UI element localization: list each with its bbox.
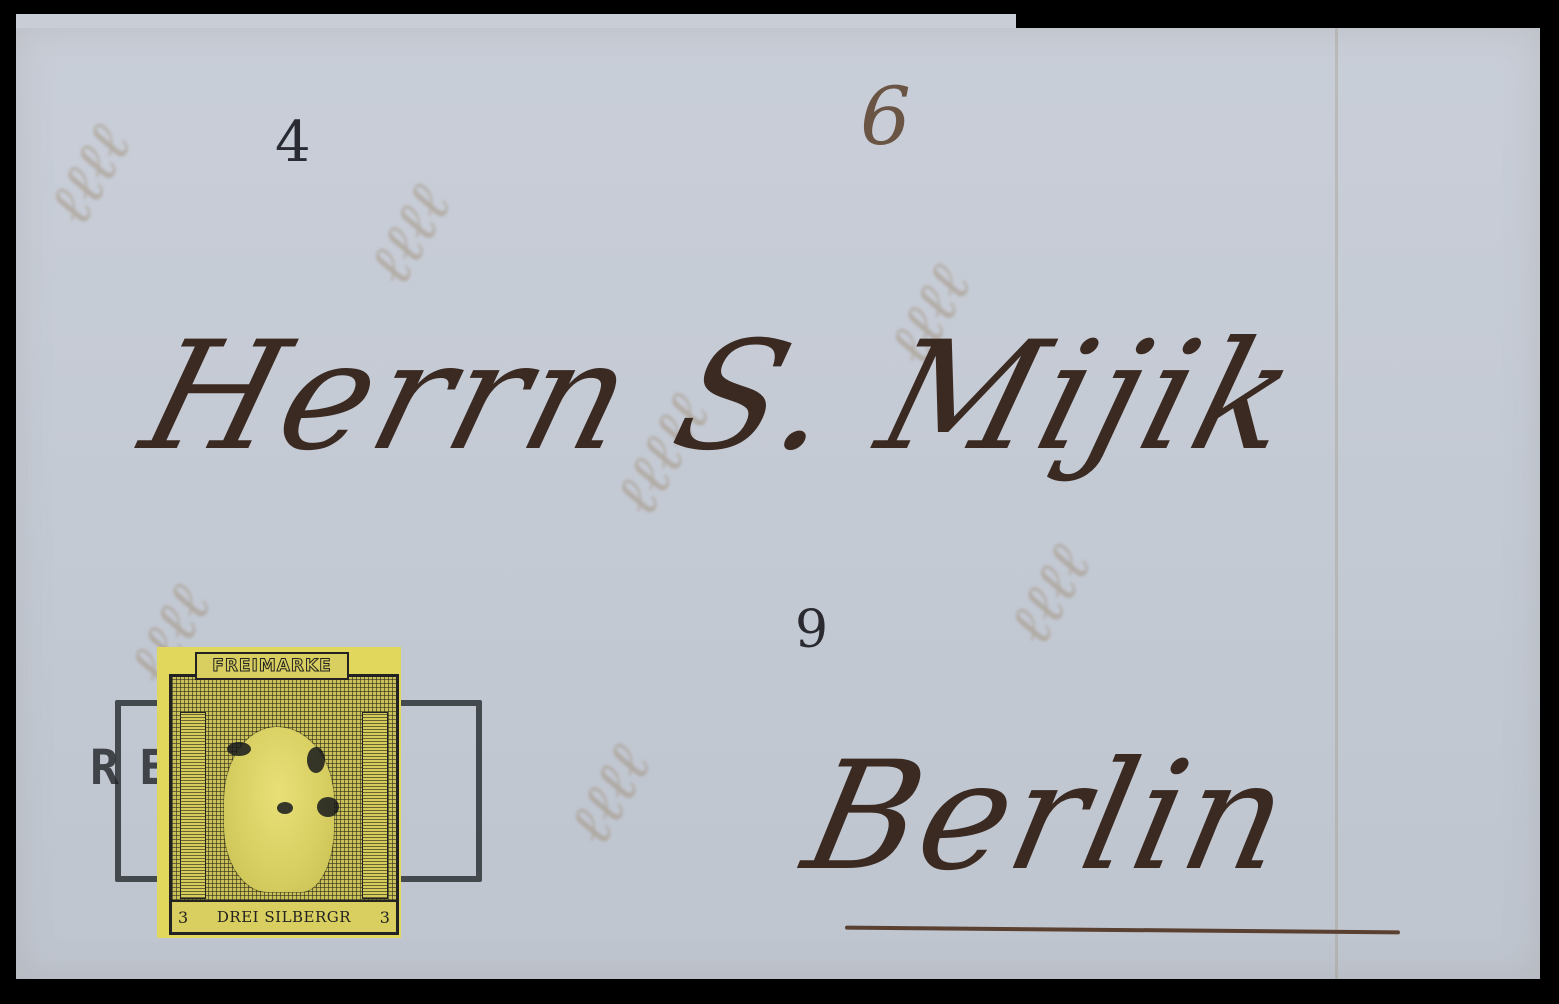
- address-recipient-line: Herrn S. Mijik: [127, 310, 1317, 484]
- address-recipient: S. Mijik: [658, 310, 1316, 484]
- postmark-smudge: [307, 747, 325, 773]
- stamp-inscription: FREIMARKE: [195, 652, 349, 680]
- fold-line: [1335, 28, 1338, 979]
- faded-note-number: 6: [860, 70, 911, 163]
- stamp-side-ornament: [362, 712, 388, 899]
- stamp-value-bar: 3 DREI SILBERGR 3: [172, 900, 396, 932]
- postmark-smudge: [277, 802, 293, 814]
- pencil-note-number: 4: [275, 110, 311, 175]
- postmark-smudge: [227, 742, 251, 756]
- stamp-value-text: DREI SILBERGR: [217, 908, 351, 926]
- small-note-number: 9: [795, 600, 828, 660]
- address-city: Berlin: [792, 730, 1304, 904]
- postmark-smudge: [317, 797, 339, 817]
- stamp-value-left: 3: [178, 908, 188, 927]
- stamp-side-ornament: [180, 712, 206, 899]
- stamp-value-right: 3: [380, 908, 390, 927]
- postage-stamp: 3 DREI SILBERGR 3 FREIMARKE: [157, 647, 401, 938]
- address-salutation: Herrn: [127, 310, 653, 484]
